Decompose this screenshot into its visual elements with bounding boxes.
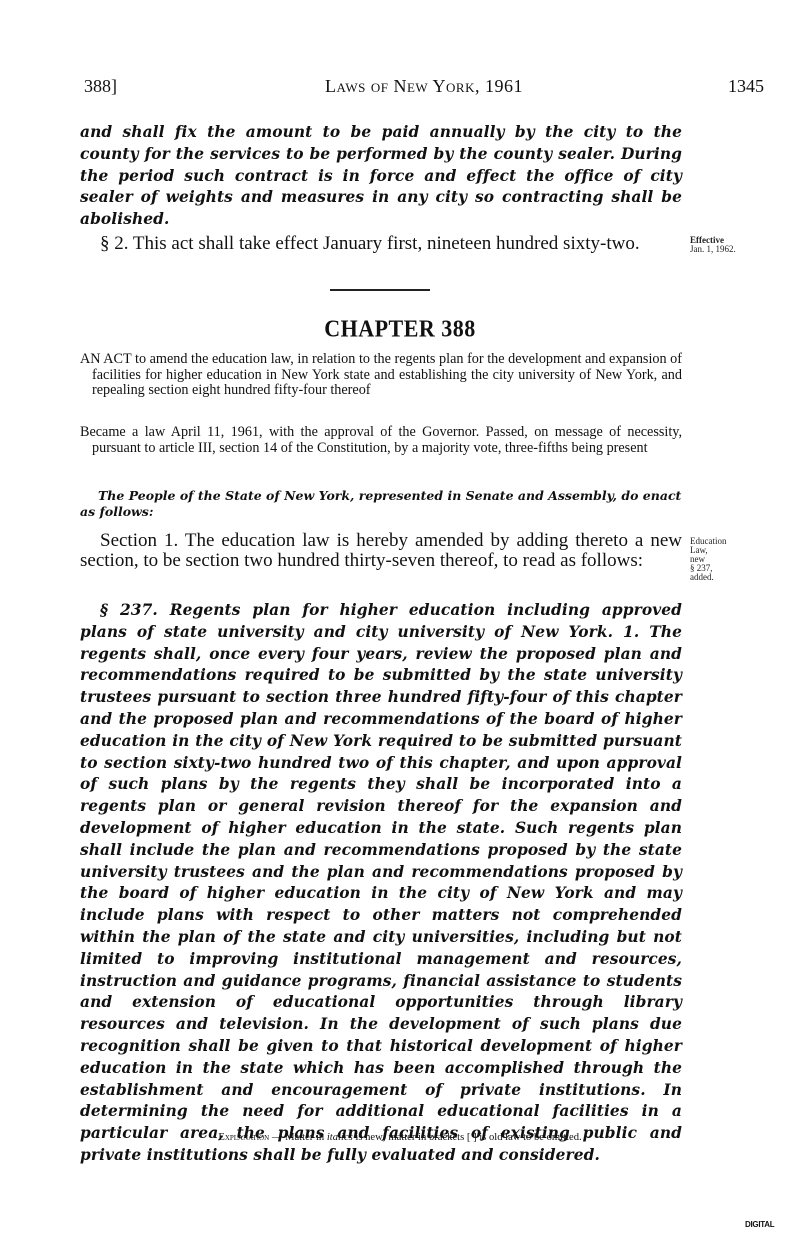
side-note-date: Jan. 1, 1962. — [690, 245, 736, 254]
italics-word: italics — [327, 1132, 353, 1143]
digital-watermark: DIGITAL — [745, 1220, 774, 1229]
explanation-footnote: Explanation — Matter in italics is new; … — [0, 1132, 800, 1143]
enacting-clause-block: The People of the State of New York, rep… — [80, 488, 682, 520]
section-237-block: § 237. Regents plan for higher education… — [80, 600, 682, 1167]
section-2-block: § 2. This act shall take effect January … — [80, 233, 682, 255]
continuation-paragraph: and shall fix the amount to be paid annu… — [80, 122, 682, 231]
act-title: AN ACT to amend the education law, in re… — [80, 352, 682, 399]
section-2-text: § 2. This act shall take effect January … — [80, 233, 682, 255]
enacting-clause: The People of the State of New York, rep… — [80, 488, 682, 520]
publication-title: Laws of New York, 1961 — [84, 76, 764, 97]
passage-note-block: Became a law April 11, 1961, with the ap… — [80, 425, 682, 456]
explanation-label: Explanation — [218, 1132, 269, 1143]
chapter-title: CHAPTER 388 — [0, 315, 800, 343]
continuation-block: and shall fix the amount to be paid annu… — [80, 122, 682, 231]
section-237-text: § 237. Regents plan for higher education… — [80, 600, 682, 1167]
act-title-block: AN ACT to amend the education law, in re… — [80, 352, 682, 399]
running-head: 388] Laws of New York, 1961 1345 — [84, 76, 764, 100]
section-2-side-note: Effective Jan. 1, 1962. — [690, 236, 736, 254]
page-number: 1345 — [728, 76, 764, 97]
side-note-line: added. — [690, 573, 727, 582]
section-1-side-note: Education Law, new § 237, added. — [690, 537, 727, 582]
section-1-block: Section 1. The education law is hereby a… — [80, 531, 682, 571]
document-page: 388] Laws of New York, 1961 1345 and sha… — [0, 0, 800, 1245]
passage-note: Became a law April 11, 1961, with the ap… — [80, 425, 682, 456]
section-divider — [330, 289, 430, 291]
section-1-text: Section 1. The education law is hereby a… — [80, 531, 682, 571]
